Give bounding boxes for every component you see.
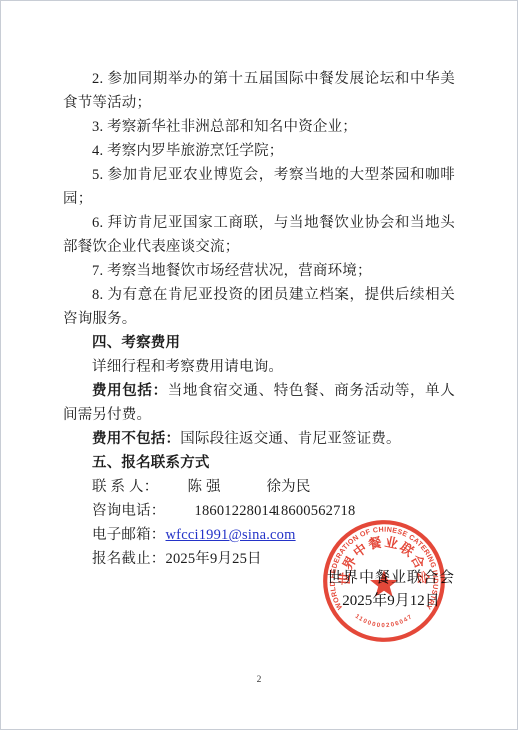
fees-include-label: 费用包括： xyxy=(92,383,168,399)
document-body: 2. 参加同期举办的第十五届国际中餐发展论坛和中华美食节等活动； 3. 考察新华… xyxy=(63,67,455,571)
list-item-6: 6. 拜访肯尼亚国家工商联，与当地餐饮业协会和当地头部餐饮企业代表座谈交流； xyxy=(63,211,455,259)
email-link[interactable]: wfcci1991@sina.com xyxy=(166,527,296,543)
list-item-7: 7. 考察当地餐饮市场经营状况，营商环境； xyxy=(63,259,455,283)
contact-person-1: 陈 强 xyxy=(158,475,266,499)
contact-persons-label: 联 系 人： xyxy=(92,479,158,495)
fees-exclude-label: 费用不包括： xyxy=(92,431,180,447)
contact-phone-label: 咨询电话： xyxy=(92,503,166,519)
page-number: 2 xyxy=(1,675,517,685)
deadline-value: 2025年9月25日 xyxy=(166,551,262,567)
contact-phone-1: 18601228014 xyxy=(166,499,274,523)
fees-intro: 详细行程和考察费用请电询。 xyxy=(63,355,455,379)
list-item-3: 3. 考察新华社非洲总部和知名中资企业； xyxy=(63,115,455,139)
deadline-label: 报名截止： xyxy=(92,551,166,567)
section-heading-contact: 五、报名联系方式 xyxy=(63,451,455,475)
contact-phone-2: 18600562718 xyxy=(274,503,356,519)
seal-serial-number: 1100000206047 xyxy=(354,613,415,629)
fees-exclude-text: 国际段往返交通、肯尼亚签证费。 xyxy=(180,431,401,447)
contact-person-2: 徐为民 xyxy=(266,479,310,495)
official-seal-stamp: WORLD FEDERATION OF CHINESE CATERING IND… xyxy=(321,518,447,644)
document-page: 2. 参加同期举办的第十五届国际中餐发展论坛和中华美食节等活动； 3. 考察新华… xyxy=(0,0,518,730)
section-heading-fees: 四、考察费用 xyxy=(63,331,455,355)
list-item-8: 8. 为有意在肯尼亚投资的团员建立档案，提供后续相关咨询服务。 xyxy=(63,283,455,331)
contact-email-label: 电子邮箱： xyxy=(92,527,166,543)
fees-include: 费用包括：当地食宿交通、特色餐、商务活动等，单人间需另付费。 xyxy=(63,379,455,427)
fees-exclude: 费用不包括：国际段往返交通、肯尼亚签证费。 xyxy=(63,427,455,451)
seal-star-icon xyxy=(370,570,398,597)
contact-persons-line: 联 系 人：陈 强徐为民 xyxy=(63,475,455,499)
list-item-5: 5. 参加肯尼亚农业博览会，考察当地的大型茶园和咖啡园； xyxy=(63,163,455,211)
list-item-2: 2. 参加同期举办的第十五届国际中餐发展论坛和中华美食节等活动； xyxy=(63,67,455,115)
list-item-4: 4. 考察内罗毕旅游烹饪学院； xyxy=(63,139,455,163)
